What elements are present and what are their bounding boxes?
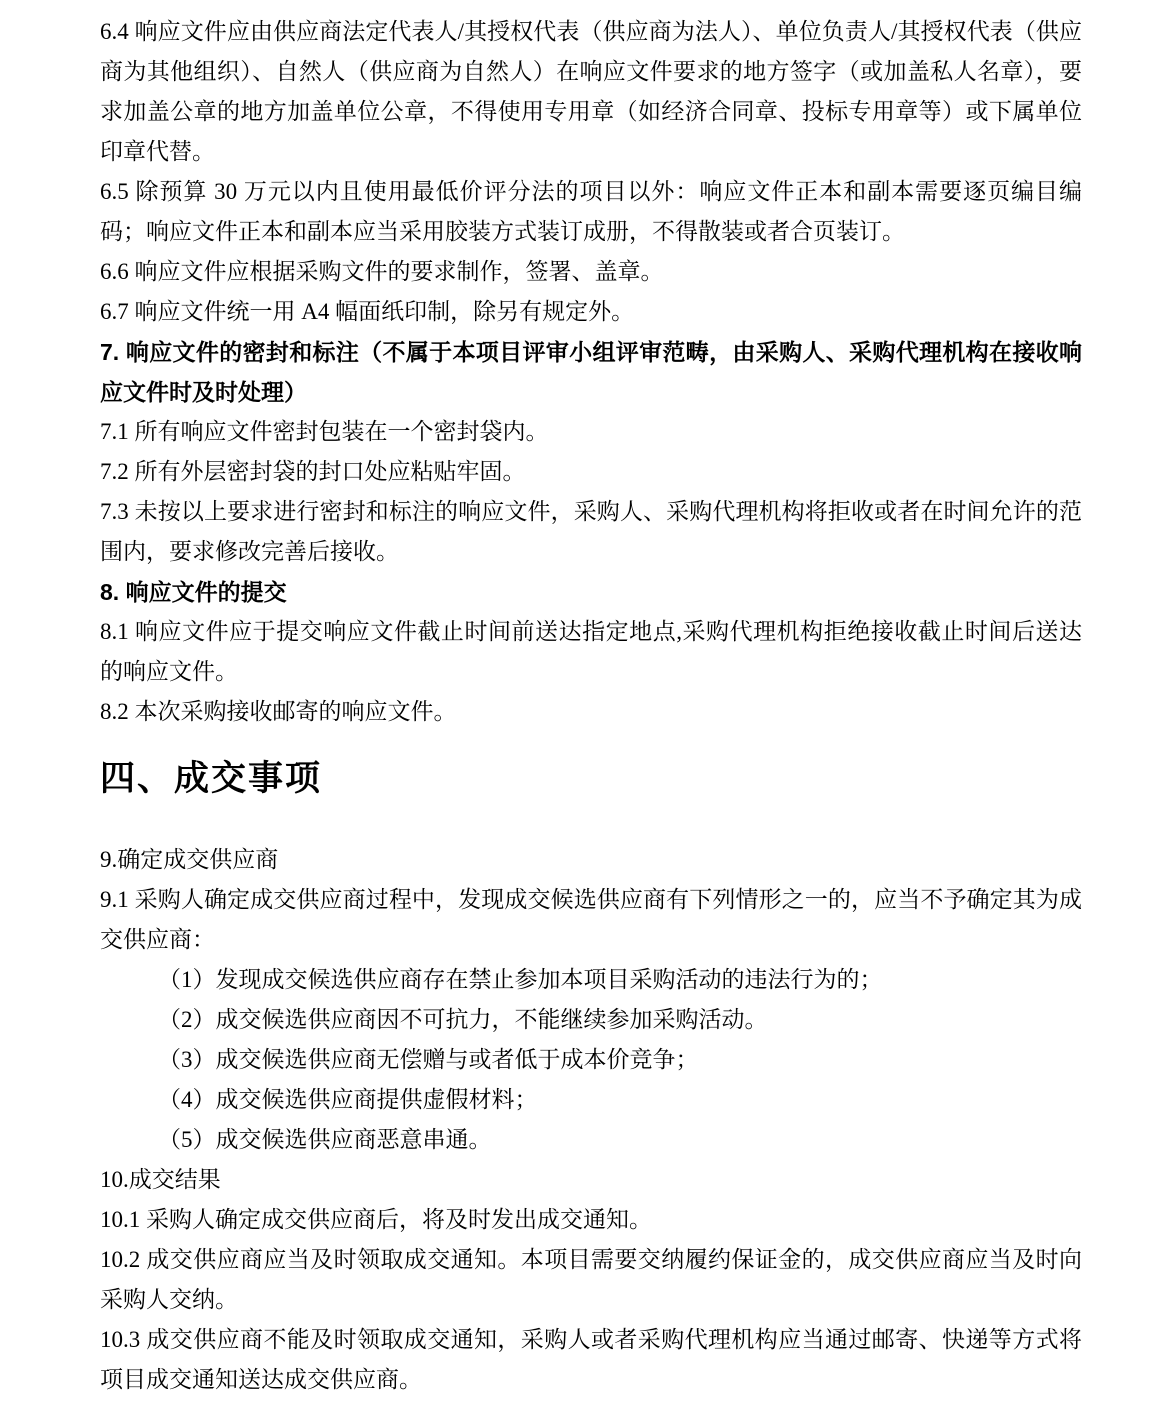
paragraph: 6.7 响应文件统一用 A4 幅面纸印制，除另有规定外。 xyxy=(100,292,1082,332)
section-heading: 四、成交事项 xyxy=(100,754,1082,804)
paragraph: 9.确定成交供应商 xyxy=(100,840,1082,880)
paragraph: 7.2 所有外层密封袋的封口处应粘贴牢固。 xyxy=(100,452,1082,492)
bold-paragraph: 7. 响应文件的密封和标注（不属于本项目评审小组评审范畴，由采购人、采购代理机构… xyxy=(100,332,1082,412)
paragraph: 10.成交结果 xyxy=(100,1160,1082,1200)
paragraph: 10.3 成交供应商不能及时领取成交通知，采购人或者采购代理机构应当通过邮寄、快… xyxy=(100,1320,1082,1400)
list-item: （1）发现成交候选供应商存在禁止参加本项目采购活动的违法行为的； xyxy=(100,960,1082,1000)
document-page: 6.4 响应文件应由供应商法定代表人/其授权代表（供应商为法人）、单位负责人/其… xyxy=(0,0,1172,1412)
paragraph: 6.6 响应文件应根据采购文件的要求制作，签署、盖章。 xyxy=(100,252,1082,292)
list-item: （4）成交候选供应商提供虚假材料； xyxy=(100,1080,1082,1120)
paragraph: 6.4 响应文件应由供应商法定代表人/其授权代表（供应商为法人）、单位负责人/其… xyxy=(100,12,1082,172)
paragraph: 7.1 所有响应文件密封包装在一个密封袋内。 xyxy=(100,412,1082,452)
list-item: （2）成交候选供应商因不可抗力，不能继续参加采购活动。 xyxy=(100,1000,1082,1040)
paragraph: 9.1 采购人确定成交供应商过程中，发现成交候选供应商有下列情形之一的，应当不予… xyxy=(100,880,1082,960)
paragraph: 10.1 采购人确定成交供应商后，将及时发出成交通知。 xyxy=(100,1200,1082,1240)
bold-paragraph: 8. 响应文件的提交 xyxy=(100,572,1082,612)
paragraph: 8.2 本次采购接收邮寄的响应文件。 xyxy=(100,692,1082,732)
paragraph: 6.5 除预算 30 万元以内且使用最低价评分法的项目以外：响应文件正本和副本需… xyxy=(100,172,1082,252)
list-item: （5）成交候选供应商恶意串通。 xyxy=(100,1120,1082,1160)
list-item: （3）成交候选供应商无偿赠与或者低于成本价竞争； xyxy=(100,1040,1082,1080)
paragraph: 10.2 成交供应商应当及时领取成交通知。本项目需要交纳履约保证金的，成交供应商… xyxy=(100,1240,1082,1320)
document-body: 6.4 响应文件应由供应商法定代表人/其授权代表（供应商为法人）、单位负责人/其… xyxy=(100,12,1082,1400)
paragraph: 7.3 未按以上要求进行密封和标注的响应文件，采购人、采购代理机构将拒收或者在时… xyxy=(100,492,1082,572)
paragraph: 8.1 响应文件应于提交响应文件截止时间前送达指定地点,采购代理机构拒绝接收截止… xyxy=(100,612,1082,692)
